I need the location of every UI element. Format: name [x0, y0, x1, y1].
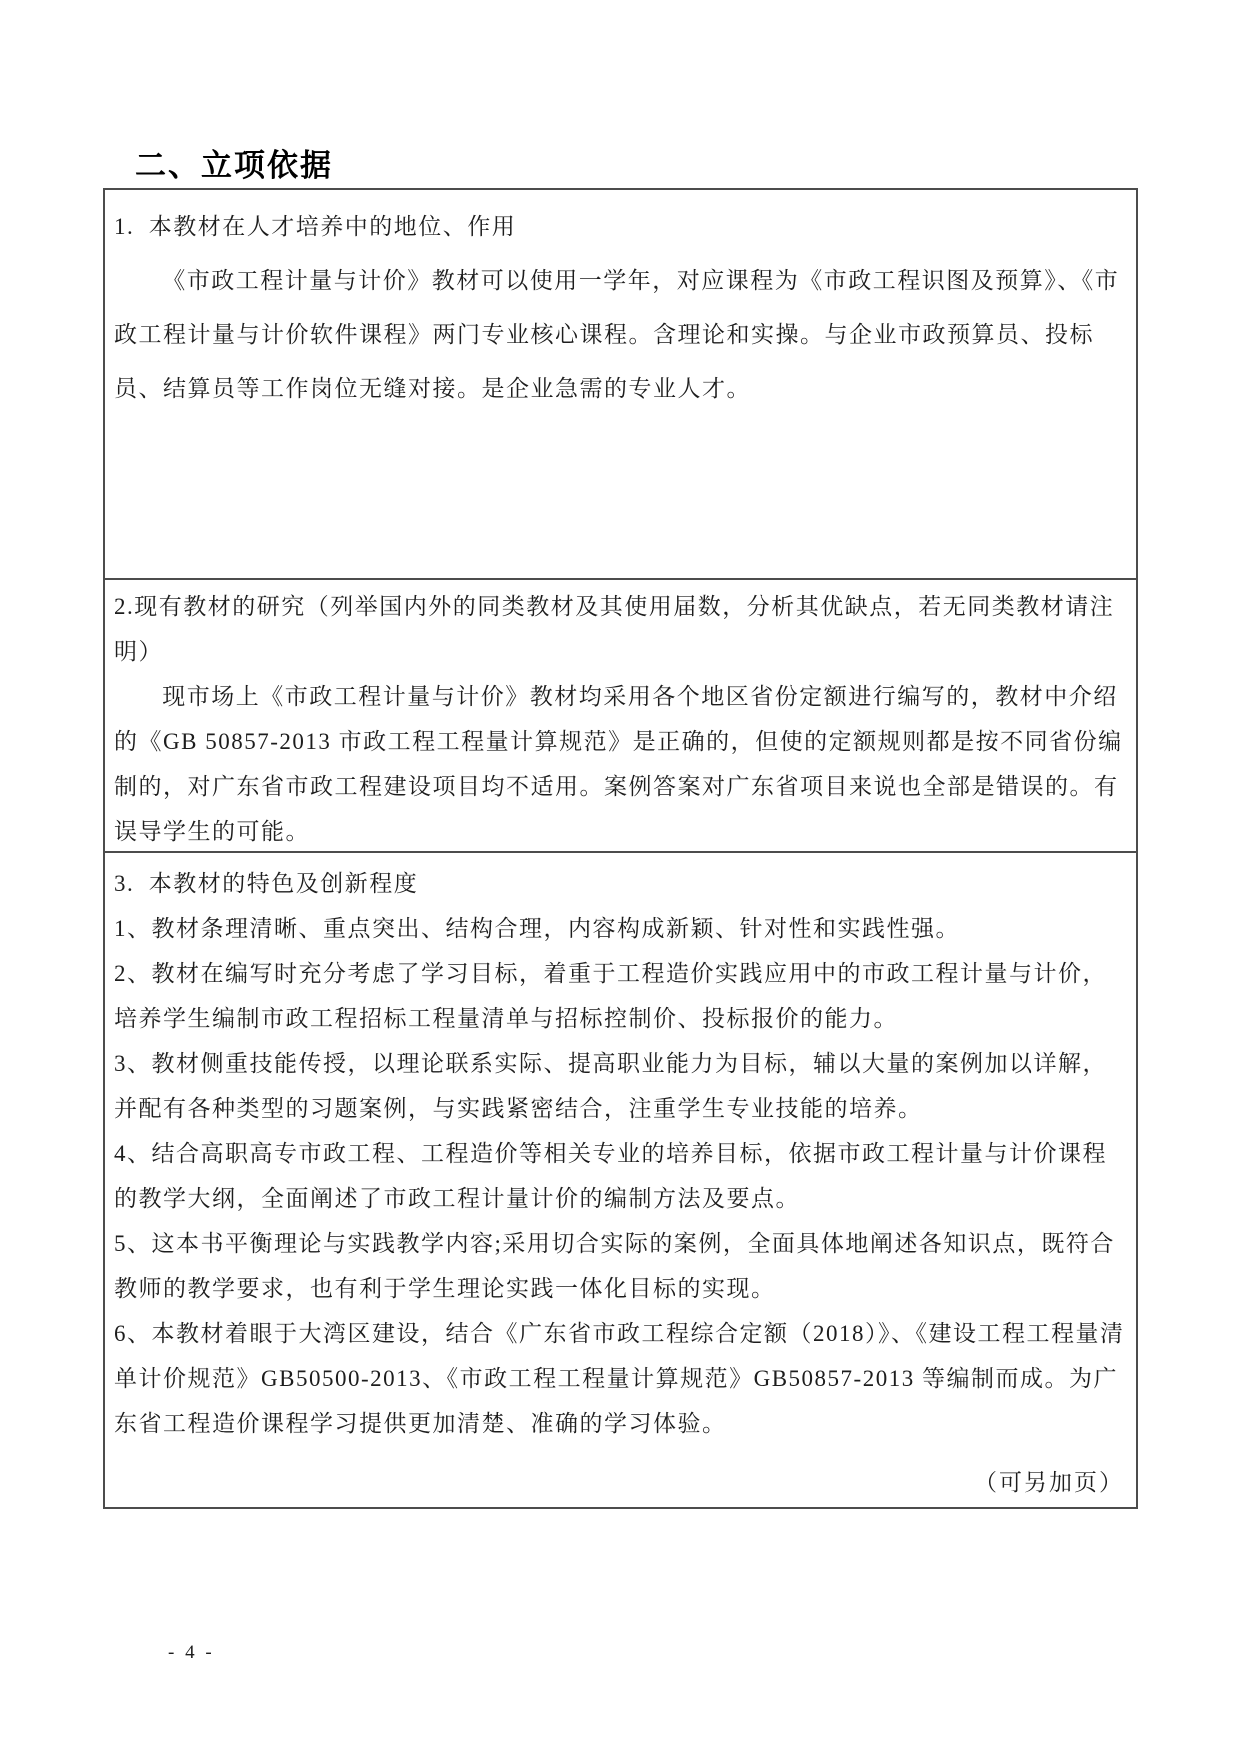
- section-heading: 二、立项依据: [135, 140, 333, 185]
- row2-title: 2.现有教材的研究（列举国内外的同类教材及其使用届数，分析其优缺点，若无同类教材…: [114, 584, 1127, 674]
- page-number: - 4 -: [168, 1642, 215, 1664]
- table-row-role-of-textbook: 1. 本教材在人才培养中的地位、作用 《市政工程计量与计价》教材可以使用一学年，…: [105, 190, 1136, 578]
- feature-item-3: 3、教材侧重技能传授，以理论联系实际、提高职业能力为目标，辅以大量的案例加以详解…: [114, 1041, 1127, 1131]
- feature-item-5: 5、这本书平衡理论与实践教学内容;采用切合实际的案例，全面具体地阐述各知识点，既…: [114, 1221, 1127, 1311]
- table-row-features-innovation: 3. 本教材的特色及创新程度 1、教材条理清晰、重点突出、结构合理，内容构成新颖…: [105, 851, 1136, 1507]
- document-page: 二、立项依据 1. 本教材在人才培养中的地位、作用 《市政工程计量与计价》教材可…: [0, 0, 1240, 1753]
- row3-title: 3. 本教材的特色及创新程度: [114, 861, 1127, 906]
- feature-item-6: 6、本教材着眼于大湾区建设，结合《广东省市政工程综合定额（2018）》、《建设工…: [114, 1311, 1127, 1446]
- row1-body: 《市政工程计量与计价》教材可以使用一学年，对应课程为《市政工程识图及预算》、《市…: [114, 254, 1127, 416]
- table-row-existing-textbook-research: 2.现有教材的研究（列举国内外的同类教材及其使用届数，分析其优缺点，若无同类教材…: [105, 578, 1136, 851]
- feature-item-4: 4、结合高职高专市政工程、工程造价等相关专业的培养目标，依据市政工程计量与计价课…: [114, 1131, 1127, 1221]
- feature-item-2: 2、教材在编写时充分考虑了学习目标，着重于工程造价实践应用中的市政工程计量与计价…: [114, 951, 1127, 1041]
- additional-page-note: （可另加页）: [974, 1460, 1124, 1505]
- row2-body: 现市场上《市政工程计量与计价》教材均采用各个地区省份定额进行编写的，教材中介绍的…: [114, 674, 1127, 851]
- feature-item-1: 1、教材条理清晰、重点突出、结构合理，内容构成新颖、针对性和实践性强。: [114, 906, 1127, 951]
- row1-title: 1. 本教材在人才培养中的地位、作用: [114, 200, 1127, 254]
- project-basis-table: 1. 本教材在人才培养中的地位、作用 《市政工程计量与计价》教材可以使用一学年，…: [103, 188, 1138, 1509]
